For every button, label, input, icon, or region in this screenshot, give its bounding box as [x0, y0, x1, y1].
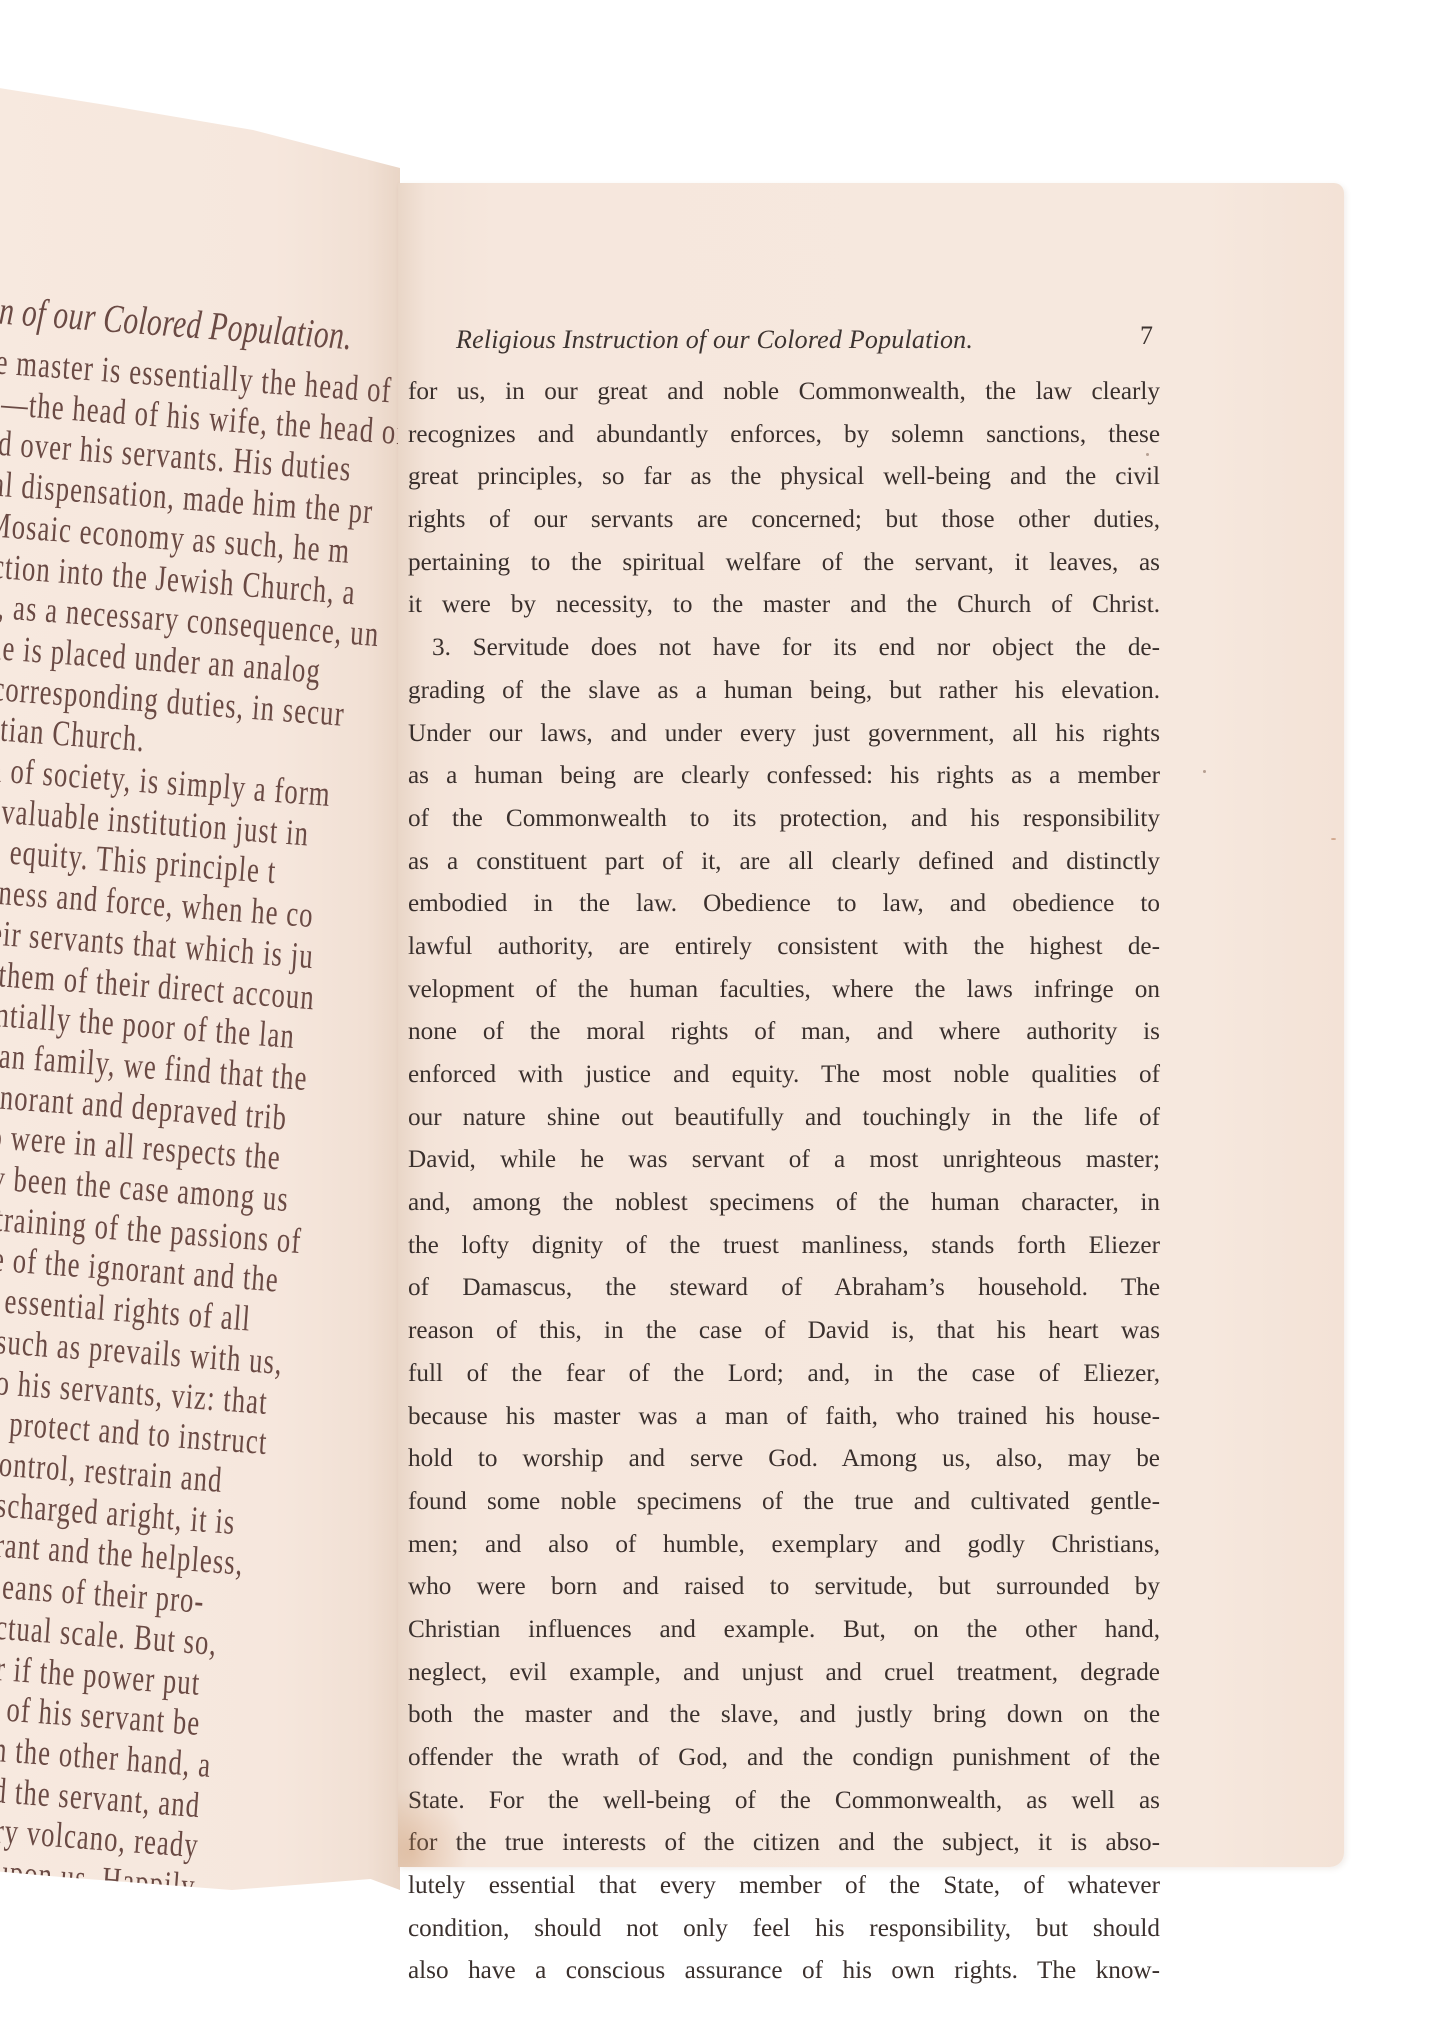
right-page: Religious Instruction of our Colored Pop… — [398, 183, 1344, 1867]
text-line: of the Commonwealth to its protection, a… — [408, 798, 1160, 841]
text-line: also have a conscious assurance of his o… — [408, 1950, 1160, 1993]
text-line: offender the wrath of God, and the condi… — [408, 1737, 1160, 1780]
text-line: lawful authority, are entirely consisten… — [408, 926, 1160, 969]
text-line: found some noble specimens of the true a… — [408, 1481, 1160, 1524]
text-line: 3. Servitude does not have for its end n… — [408, 627, 1160, 670]
text-line: rights of our servants are concerned; bu… — [408, 499, 1160, 542]
text-line: State. For the well-being of the Commonw… — [408, 1780, 1160, 1823]
text-line: reason of this, in the case of David is,… — [408, 1310, 1160, 1353]
text-line: neglect, evil example, and unjust and cr… — [408, 1652, 1160, 1695]
text-line: David, while he was servant of a most un… — [408, 1139, 1160, 1182]
text-line: hold to worship and serve God. Among us,… — [408, 1438, 1160, 1481]
text-line: condition, should not only feel his resp… — [408, 1908, 1160, 1951]
text-line: as a constituent part of it, are all cle… — [408, 841, 1160, 884]
left-page: ruction of our Colored Population. The m… — [0, 60, 400, 1890]
paper-speck — [1203, 770, 1206, 773]
open-book: ruction of our Colored Population. The m… — [0, 0, 1445, 2023]
text-line: it were by necessity, to the master and … — [408, 584, 1160, 627]
text-line: because his master was a man of faith, w… — [408, 1396, 1160, 1439]
text-line: lutely essential that every member of th… — [408, 1865, 1160, 1908]
text-line: both the master and the slave, and justl… — [408, 1694, 1160, 1737]
text-line: Under our laws, and under every just gov… — [408, 713, 1160, 756]
text-line: of Damascus, the steward of Abraham’s ho… — [408, 1267, 1160, 1310]
text-line: and, among the noblest specimens of the … — [408, 1182, 1160, 1225]
text-line: recognizes and abundantly enforces, by s… — [408, 414, 1160, 457]
text-line: the lofty dignity of the truest manlines… — [408, 1225, 1160, 1268]
text-line: velopment of the human faculties, where … — [408, 969, 1160, 1012]
left-page-text: ruction of our Colored Population. The m… — [0, 285, 393, 1890]
text-line: pertaining to the spiritual welfare of t… — [408, 542, 1160, 585]
right-running-head: Religious Instruction of our Colored Pop… — [456, 325, 1136, 355]
paper-speck — [1146, 453, 1149, 456]
text-line: who were born and raised to servitude, b… — [408, 1566, 1160, 1609]
text-line: our nature shine out beautifully and tou… — [408, 1097, 1160, 1140]
text-line: none of the moral rights of man, and whe… — [408, 1011, 1160, 1054]
page-number: 7 — [1140, 321, 1153, 351]
paper-speck — [1331, 838, 1336, 840]
text-line: enforced with justice and equity. The mo… — [408, 1054, 1160, 1097]
text-line: great principles, so far as the physical… — [408, 456, 1160, 499]
text-line: as a human being are clearly confessed: … — [408, 755, 1160, 798]
text-line: Christian influences and example. But, o… — [408, 1609, 1160, 1652]
text-line: full of the fear of the Lord; and, in th… — [408, 1353, 1160, 1396]
text-line: grading of the slave as a human being, b… — [408, 670, 1160, 713]
right-page-body: for us, in our great and noble Commonwea… — [408, 371, 1160, 1993]
text-line: men; and also of humble, exemplary and g… — [408, 1524, 1160, 1567]
text-line: for the true interests of the citizen an… — [408, 1822, 1160, 1865]
text-line: embodied in the law. Obedience to law, a… — [408, 883, 1160, 926]
text-line: for us, in our great and noble Commonwea… — [408, 371, 1160, 414]
